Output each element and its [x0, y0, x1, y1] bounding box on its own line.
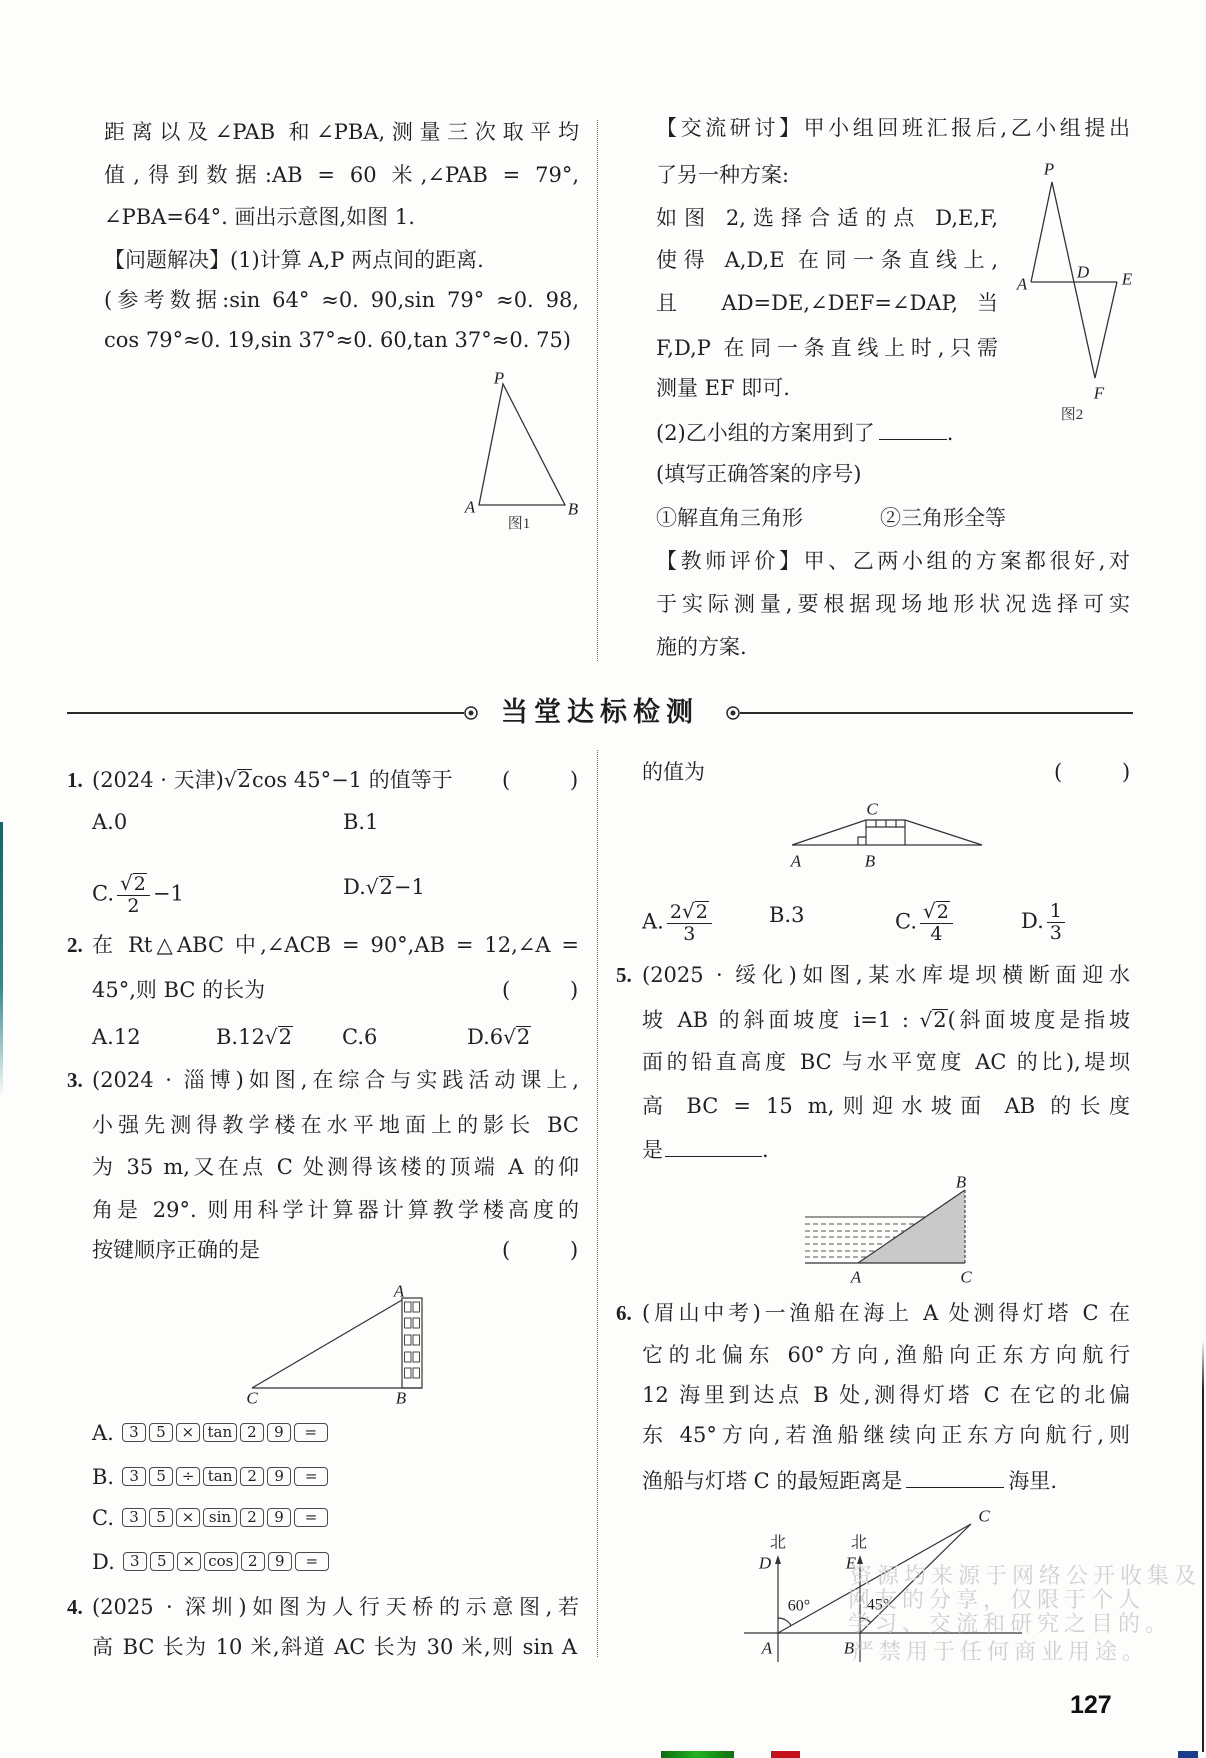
- radicand: 2: [516, 1026, 531, 1047]
- label-A: A: [464, 498, 476, 517]
- label-A: A: [1016, 275, 1028, 294]
- figure-4-labels: C A B: [790, 800, 879, 871]
- question-stem: 是.: [642, 1135, 769, 1163]
- option-label: B.: [92, 1465, 114, 1489]
- calculator-key: 2: [240, 1508, 264, 1527]
- label-P: P: [493, 369, 504, 388]
- option-a: A.2√23: [642, 901, 715, 929]
- label-C: C: [960, 1268, 972, 1287]
- label-B: B: [568, 500, 579, 519]
- option-c: C.6: [342, 1023, 377, 1051]
- period: .: [947, 421, 954, 445]
- sub-question-2: (2)乙小组的方案用到了.: [656, 418, 953, 446]
- radical-icon: √: [503, 1025, 516, 1049]
- radical-icon: √: [919, 1008, 932, 1032]
- calculator-key: 3: [122, 1423, 146, 1442]
- option-label: C.: [92, 1506, 114, 1530]
- option-value: 6: [364, 1025, 377, 1049]
- calculator-key: 5: [149, 1508, 173, 1527]
- label-B: B: [396, 1389, 407, 1408]
- stem-text: (斜面坡度是指坡: [948, 1008, 1130, 1032]
- option-b: B.3: [769, 901, 804, 929]
- answer-blank: [665, 1135, 762, 1157]
- calculator-key: 9: [267, 1508, 291, 1527]
- option-label: A.: [92, 810, 114, 834]
- text-line: 且 AD=DE,∠DEF=∠DAP,当: [656, 289, 998, 317]
- answer-blank: [879, 418, 947, 440]
- calculator-key: cos: [204, 1552, 238, 1571]
- label-E: E: [1121, 270, 1133, 289]
- question-number: 6.: [616, 1299, 632, 1327]
- question-number: 1.: [67, 766, 83, 794]
- option-value: 0: [114, 810, 127, 834]
- denominator: 2: [124, 896, 142, 917]
- question-stem: 12 海里到达点 B 处,测得灯塔 C 在它的北偏: [642, 1381, 1130, 1409]
- answer-paren-close: ): [1122, 758, 1130, 786]
- question-stem: 东 45°方向,若渔船继续向正东方向航行,则: [642, 1421, 1130, 1449]
- option-label: B.: [343, 810, 365, 834]
- question-stem: 为 35 m,又在点 C 处测得该楼的顶端 A 的仰: [92, 1153, 579, 1181]
- sqrt-expression: √2: [224, 766, 252, 794]
- bottom-red-tab: [771, 1751, 800, 1758]
- radicand: 2: [932, 1009, 947, 1030]
- question-number: 5.: [616, 961, 632, 989]
- option-label: B.: [216, 1025, 238, 1049]
- option-d: D.13: [1021, 901, 1068, 929]
- label-D: D: [1076, 263, 1090, 282]
- option-b: B.12√2: [216, 1023, 293, 1051]
- option-c: C.√22−1: [92, 873, 184, 901]
- choice-2: ②三角形全等: [880, 504, 1006, 532]
- text-line: F,D,P 在同一条直线上时,只需: [656, 334, 998, 362]
- radical-icon: √: [265, 1025, 278, 1049]
- option-a: A.0: [92, 808, 127, 836]
- text-line: 如图 2,选择合适的点 D,E,F,: [656, 204, 998, 232]
- unit-text: 海里.: [1008, 1469, 1057, 1493]
- watermark-line: 资源均来源于网络公开收集及: [850, 1564, 1201, 1590]
- watermark-line: 学习、交流和研究之目的。: [848, 1612, 1172, 1638]
- radicand: 2: [278, 1026, 293, 1047]
- watermark-line: 网友的分享，仅限于个人: [848, 1588, 1145, 1614]
- text-line: 距离以及∠PAB 和∠PBA,测量三次取平均: [104, 118, 579, 146]
- stem-text: 是: [642, 1138, 663, 1162]
- calculator-key: tan: [203, 1423, 237, 1442]
- option-label: C.: [342, 1025, 364, 1049]
- option-c: C.√24: [895, 901, 956, 929]
- option-d: D.6√2: [467, 1023, 531, 1051]
- label-P: P: [1043, 160, 1054, 179]
- label-A: A: [393, 1282, 405, 1301]
- denominator: 4: [927, 924, 945, 945]
- radical-icon: √: [923, 899, 936, 923]
- sub-question-2-text: (2)乙小组的方案用到了: [656, 421, 875, 445]
- calculator-key: 5: [149, 1467, 173, 1486]
- option-label: C.: [895, 910, 917, 934]
- figure-2-labels: P A D E F 图2: [1016, 160, 1133, 424]
- stem-text: 渔船与灯塔 C 的最短距离是: [642, 1469, 902, 1493]
- radicand: 2: [695, 901, 709, 922]
- label-F: F: [1093, 384, 1105, 403]
- answer-paren-open: (: [502, 766, 510, 794]
- option-a: A.35×tan29=: [92, 1419, 328, 1447]
- numerator: 2√2: [667, 901, 712, 924]
- question-stem: 渔船与灯塔 C 的最短距离是海里.: [642, 1466, 1057, 1494]
- figure-caption: 图2: [1061, 406, 1084, 423]
- question-stem: (2024 · 淄博)如图,在综合与实践活动课上,: [92, 1066, 579, 1094]
- calculator-key: 2: [240, 1423, 264, 1442]
- option-suffix: −1: [153, 882, 184, 906]
- label-C: C: [866, 800, 878, 819]
- figure-1-triangle: P A B 图1: [464, 369, 579, 533]
- option-d: D.√2−1: [343, 873, 425, 901]
- label-C: C: [978, 1507, 990, 1526]
- fill-hint: (填写正确答案的序号): [656, 460, 861, 488]
- question-stem: 高 BC = 15 m,则迎水坡面 AB 的长度: [642, 1092, 1130, 1120]
- option-d: D.35×cos29=: [92, 1548, 329, 1576]
- calculator-key: sin: [203, 1508, 237, 1527]
- north-arrow-icon: [775, 1555, 781, 1564]
- figure-3-building: [252, 1298, 422, 1388]
- option-label: D.: [92, 1550, 115, 1574]
- calculator-key: 2: [240, 1467, 264, 1486]
- calculator-key: =: [294, 1508, 328, 1527]
- answer-paren-close: ): [570, 1236, 578, 1264]
- option-a: A.12: [92, 1023, 141, 1051]
- answer-paren-open: (: [1054, 758, 1062, 786]
- calculator-key: 9: [267, 1467, 291, 1486]
- option-value: 3: [791, 903, 804, 927]
- text-line: 了另一种方案:: [656, 161, 789, 189]
- option-label: D.: [1021, 909, 1044, 933]
- calculator-key: 9: [267, 1423, 291, 1442]
- fraction: √22: [117, 873, 150, 917]
- option-value: 1: [365, 810, 378, 834]
- sqrt-expression: √2: [366, 873, 394, 901]
- label-C: C: [246, 1389, 258, 1408]
- numerator: √2: [920, 901, 953, 924]
- reference-data-line: cos 79°≈0. 19,sin 37°≈0. 60,tan 37°≈0. 7…: [104, 326, 566, 354]
- option-value: 12: [238, 1025, 265, 1049]
- right-edge-line: [1202, 1340, 1204, 1752]
- calculator-key: tan: [203, 1467, 237, 1486]
- calculator-key: ×: [176, 1423, 200, 1442]
- choice-1: ①解直角三角形: [656, 504, 803, 532]
- question-stem: 坡 AB 的斜面坡度 i=1 : √2(斜面坡度是指坡: [642, 1006, 1130, 1034]
- answer-paren-close: ): [570, 766, 578, 794]
- problem-solving-heading: 【问题解决】(1)计算 A,P 两点间的距离.: [104, 246, 484, 274]
- calculator-key: ×: [176, 1508, 200, 1527]
- answer-paren-open: (: [502, 976, 510, 1004]
- column-divider-bottom: [597, 750, 598, 1657]
- calculator-key: ÷: [176, 1467, 200, 1486]
- calculator-key: 5: [150, 1552, 174, 1571]
- option-value: 12: [114, 1025, 141, 1049]
- period: .: [762, 1138, 769, 1162]
- calculator-key: =: [295, 1552, 329, 1571]
- label-B: B: [956, 1173, 967, 1192]
- key-sequence: 35×sin29=: [122, 1508, 328, 1527]
- discussion-heading: 【交流研讨】甲小组回班汇报后,乙小组提出: [656, 114, 1130, 142]
- question-stem: (眉山中考)一渔船在海上 A 处测得灯塔 C 在: [642, 1299, 1130, 1327]
- calculator-key: ×: [177, 1552, 201, 1571]
- figure-5-labels: B A C: [850, 1173, 973, 1287]
- question-stem: 面的铅直高度 BC 与水平宽度 AC 的比),堤坝: [642, 1048, 1130, 1076]
- numerator: √2: [117, 873, 150, 896]
- section-title: 当堂达标检测: [501, 696, 699, 730]
- calculator-key: 3: [122, 1467, 146, 1486]
- question-stem: 高 BC 长为 10 米,斜道 AC 长为 30 米,则 sin A: [92, 1633, 577, 1661]
- calculator-key: 5: [149, 1423, 173, 1442]
- question-stem: (2024 · 天津)√2cos 45°−1 的值等于: [92, 766, 453, 794]
- north-arrow-icon: [857, 1555, 863, 1564]
- sqrt-expression: √2: [919, 1006, 947, 1034]
- question-stem: 45°,则 BC 的长为: [92, 976, 265, 1004]
- question-source: (2024 · 天津): [92, 768, 224, 792]
- radical-icon: √: [224, 768, 237, 792]
- text-line: 于实际测量,要根据现场地形状况选择可实: [656, 590, 1130, 618]
- calculator-key: =: [294, 1423, 328, 1442]
- radical-icon: √: [682, 899, 695, 923]
- key-sequence: 35×cos29=: [123, 1552, 329, 1571]
- label-A: A: [850, 1268, 862, 1287]
- label-B: B: [865, 852, 876, 871]
- column-divider-top: [597, 120, 598, 661]
- text-line: ∠PBA=64°. 画出示意图,如图 1.: [104, 203, 415, 231]
- text-line: 施的方案.: [656, 633, 747, 661]
- answer-blank: [906, 1466, 1004, 1488]
- radicand: 2: [237, 769, 252, 790]
- option-label: A.: [642, 910, 664, 934]
- page-number: 127: [1070, 1690, 1112, 1720]
- teacher-evaluation: 【教师评价】甲、乙两小组的方案都很好,对: [656, 547, 1130, 575]
- option-label: A.: [92, 1421, 114, 1445]
- figure-2-congruent-triangles: [1031, 182, 1117, 378]
- option-label: A.: [92, 1025, 114, 1049]
- sqrt-expression: √2: [265, 1023, 293, 1051]
- question-stem: 在 Rt△ABC 中,∠ACB = 90°,AB = 12,∠A =: [92, 931, 579, 959]
- option-label: B.: [769, 903, 791, 927]
- bottom-blue-tab: [1178, 1751, 1198, 1758]
- option-label: D.: [467, 1025, 490, 1049]
- option-b: B.1: [343, 808, 378, 836]
- option-label: C.: [92, 882, 114, 906]
- left-edge-strip: [0, 822, 3, 1097]
- fraction: √24: [920, 901, 953, 945]
- option-b: B.35÷tan29=: [92, 1463, 328, 1491]
- calculator-key: =: [294, 1467, 328, 1486]
- figure-4-footbridge: [792, 820, 982, 845]
- angle-60-label: 60°: [788, 1598, 810, 1615]
- calculator-key: 3: [122, 1508, 146, 1527]
- stem-text: cos 45°−1 的值等于: [252, 768, 453, 792]
- label-A: A: [761, 1639, 773, 1658]
- figure-caption: 图1: [508, 515, 531, 532]
- key-sequence: 35×tan29=: [122, 1423, 328, 1442]
- answer-paren-open: (: [502, 1236, 510, 1264]
- question-stem: 角是 29°. 则用科学计算器计算教学楼高度的: [92, 1196, 579, 1224]
- radicand: 2: [379, 876, 394, 897]
- label-D: D: [758, 1554, 772, 1573]
- numerator: 1: [1047, 901, 1065, 923]
- radical-icon: √: [366, 875, 379, 899]
- question-stem: 它的北偏东 60°方向,渔船向正东方向航行: [642, 1341, 1130, 1369]
- question-stem: 按键顺序正确的是: [92, 1236, 260, 1264]
- watermark-line: 严禁用于任何商业用途。: [852, 1640, 1149, 1666]
- fraction: 13: [1047, 901, 1065, 944]
- option-label: D.: [343, 875, 366, 899]
- question-number: 2.: [67, 931, 83, 959]
- calculator-key: 3: [123, 1552, 147, 1571]
- option-suffix: −1: [394, 875, 425, 899]
- coefficient: 2: [670, 901, 682, 923]
- sqrt-expression: √2: [503, 1023, 531, 1051]
- question-number: 3.: [67, 1066, 83, 1094]
- label-north-B: 北: [851, 1534, 867, 1552]
- question-stem: (2025 · 深圳)如图为人行天桥的示意图,若: [92, 1593, 579, 1621]
- text-line: 使得 A,D,E 在同一条直线上,: [656, 246, 998, 274]
- calculator-key: 2: [241, 1552, 265, 1571]
- question-stem: 小强先测得教学楼在水平地面上的影长 BC: [92, 1111, 579, 1139]
- option-c: C.35×sin29=: [92, 1504, 328, 1532]
- reference-data-line: (参考数据:sin 64° ≈0. 90,sin 79° ≈0. 98,: [104, 286, 579, 314]
- question-number: 4.: [67, 1593, 83, 1621]
- text-line: 测量 EF 即可.: [656, 374, 790, 402]
- key-sequence: 35÷tan29=: [122, 1467, 328, 1486]
- radicand: 2: [133, 873, 147, 894]
- text-line: 值,得到数据:AB = 60 米,∠PAB = 79°,: [104, 161, 579, 189]
- answer-paren-close: ): [570, 976, 578, 1004]
- denominator: 3: [1047, 923, 1065, 944]
- label-north-A: 北: [770, 1534, 786, 1552]
- question-stem: 的值为: [642, 758, 705, 786]
- radicand: 2: [936, 901, 950, 922]
- label-A: A: [790, 852, 802, 871]
- fraction: 2√23: [667, 901, 712, 945]
- option-value: 6: [490, 1025, 503, 1049]
- calculator-key: 9: [268, 1552, 292, 1571]
- bottom-green-tab: [661, 1751, 734, 1758]
- figure-5-dam: [805, 1190, 965, 1263]
- figure-3-labels: A C B: [246, 1282, 406, 1408]
- denominator: 3: [680, 924, 698, 945]
- stem-text: 坡 AB 的斜面坡度 i=1 :: [642, 1008, 919, 1032]
- radical-icon: √: [120, 871, 133, 895]
- question-stem: (2025 · 绥化)如图,某水库堤坝横断面迎水: [642, 961, 1130, 989]
